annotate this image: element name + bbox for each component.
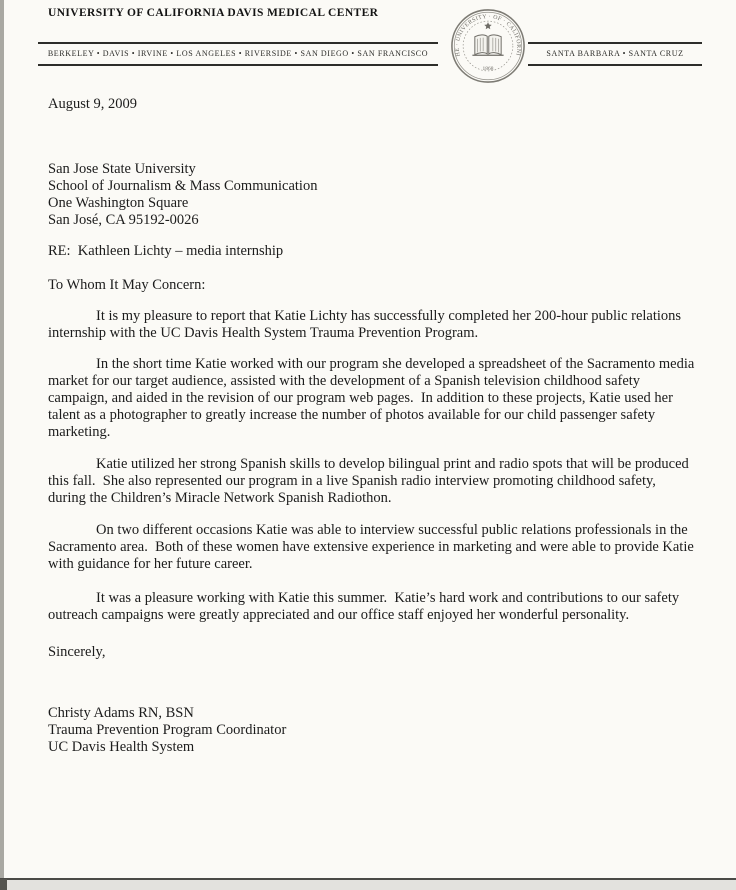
salutation: To Whom It May Concern:: [48, 277, 696, 294]
signature-title: Trauma Prevention Program Coordinator: [48, 722, 696, 739]
body-paragraph: It is my pleasure to report that Katie L…: [48, 308, 696, 342]
recipient-line: School of Journalism & Mass Communicatio…: [48, 178, 696, 195]
body-paragraph: It was a pleasure working with Katie thi…: [48, 590, 696, 624]
scan-corner: [0, 879, 7, 890]
body-paragraph: On two different occasions Katie was abl…: [48, 522, 696, 573]
scan-bottom-strip: [0, 880, 736, 890]
signature-org: UC Davis Health System: [48, 739, 696, 756]
signature-name: Christy Adams RN, BSN: [48, 705, 696, 722]
body-paragraph: In the short time Katie worked with our …: [48, 356, 696, 441]
scan-edge-left: [0, 0, 4, 882]
closing: Sincerely,: [48, 644, 696, 661]
re-line: RE: Kathleen Lichty – media internship: [48, 243, 696, 260]
letter-date: August 9, 2009: [48, 96, 696, 113]
recipient-address-block: San Jose State University School of Jour…: [48, 161, 696, 229]
signature-block: Christy Adams RN, BSN Trauma Prevention …: [48, 705, 696, 756]
scanned-letter-page: UNIVERSITY OF CALIFORNIA DAVIS MEDICAL C…: [0, 0, 736, 890]
recipient-line: San Jose State University: [48, 161, 696, 178]
recipient-line: One Washington Square: [48, 195, 696, 212]
letter-body: August 9, 2009 San Jose State University…: [48, 0, 696, 756]
recipient-line: San José, CA 95192-0026: [48, 212, 696, 229]
body-paragraph: Katie utilized her strong Spanish skills…: [48, 456, 696, 507]
